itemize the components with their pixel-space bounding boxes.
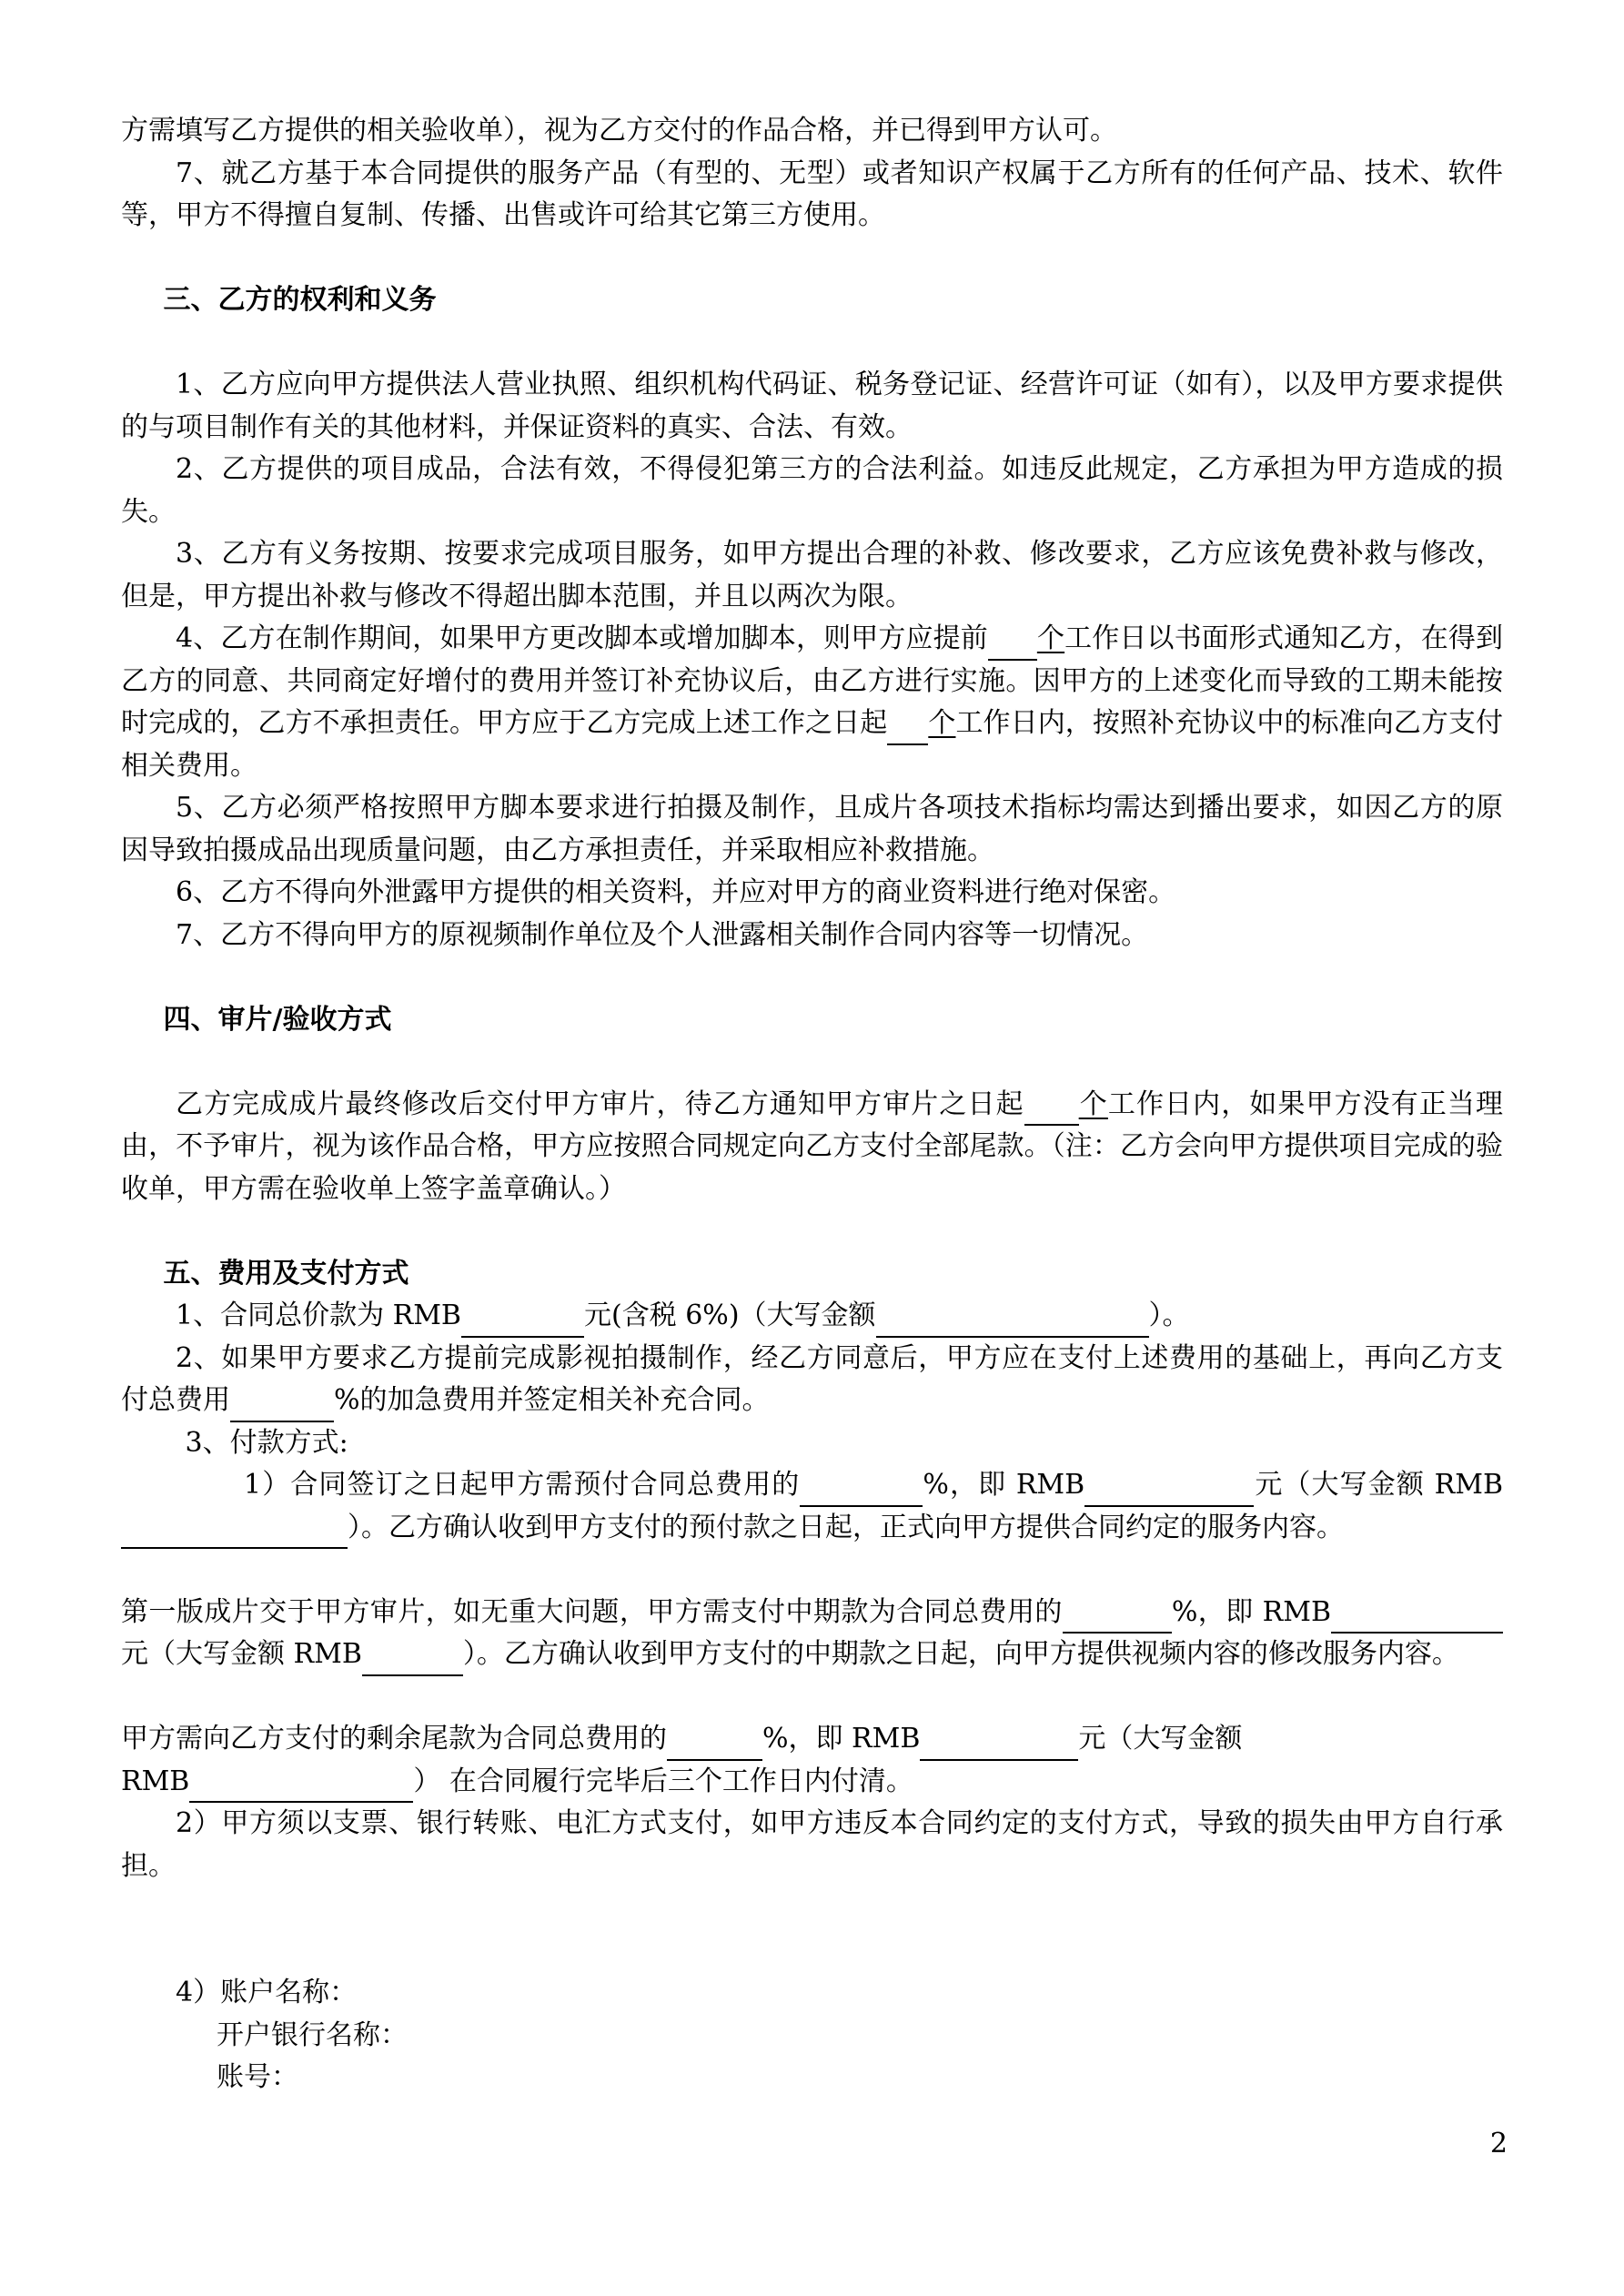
blank-line: [121, 1210, 1503, 1253]
text-run: 方需填写乙方提供的相关验收单），视为乙方交付的作品合格，并已得到甲方认可。: [121, 115, 1117, 147]
text-run: 5、乙方必须严格按照甲方脚本要求进行拍摄及制作，且成片各项技术指标均需达到播出要…: [121, 792, 1503, 866]
heading-section-5: 五、费用及支付方式: [121, 1253, 1503, 1296]
text-run: 元（大写金额 RMB: [121, 1638, 362, 1670]
text-run: 元（大写金额: [1078, 1723, 1242, 1755]
text-run: %的加急费用并签定相关补充合同。: [334, 1384, 770, 1416]
para-sec4-acceptance: 乙方完成成片最终修改后交付甲方审片，待乙方通知甲方审片之日起个工作日内，如果甲方…: [121, 1084, 1503, 1211]
document-body: 方需填写乙方提供的相关验收单），视为乙方交付的作品合格，并已得到甲方认可。7、就…: [121, 110, 1503, 2099]
para-sec5-item2-rush-fee: 2、如果甲方要求乙方提前完成影视拍摄制作，经乙方同意后，甲方应在支付上述费用的基…: [121, 1338, 1503, 1422]
text-run: 6、乙方不得向外泄露甲方提供的相关资料，并应对甲方的商业资料进行绝对保密。: [176, 876, 1175, 908]
text-run: %，即 RMB: [1172, 1596, 1331, 1628]
text-run: 乙方完成成片最终修改后交付甲方审片，待乙方通知甲方审片之日起: [176, 1088, 1024, 1120]
underlined-text: 个: [1079, 1088, 1108, 1120]
fill-in-blank: [189, 1774, 413, 1803]
text-run: 元(含税 6%)（大写金额: [584, 1300, 876, 1331]
fill-in-blank: [800, 1478, 923, 1507]
heading-section-4: 四、审片/验收方式: [121, 999, 1503, 1042]
para-sec5-account-name: 4）账户名称：: [121, 1972, 1503, 2015]
fill-in-blank: [920, 1732, 1078, 1761]
text-run: 开户银行名称：: [217, 2019, 408, 2051]
text-run: ）。乙方确认收到甲方支付的预付款之日起，正式向甲方提供合同约定的服务内容。: [348, 1512, 1344, 1543]
para-sec5-payment-channels: 2）甲方须以支票、银行转账、电汇方式支付，如甲方违反本合同约定的支付方式，导致的…: [121, 1803, 1503, 1887]
para-sec5-bank-name: 开户银行名称：: [121, 2015, 1503, 2058]
text-run: 4、乙方在制作期间，如果甲方更改脚本或增加脚本，则甲方应提前: [176, 622, 988, 654]
para-sec3-item3: 3、乙方有义务按期、按要求完成项目服务，如甲方提出合理的补救、修改要求，乙方应该…: [121, 533, 1503, 618]
text-run: 2、乙方提供的项目成品，合法有效，不得侵犯第三方的合法利益。如违反此规定，乙方承…: [121, 453, 1503, 528]
contract-document-page: 方需填写乙方提供的相关验收单），视为乙方交付的作品合格，并已得到甲方认可。7、就…: [0, 0, 1624, 2296]
fill-in-blank: [1063, 1604, 1172, 1633]
fill-in-blank: [1331, 1604, 1503, 1633]
text-run: 五、费用及支付方式: [164, 1258, 409, 1290]
fill-in-blank: [230, 1393, 334, 1422]
text-run: 第一版成片交于甲方审片，如无重大问题，甲方需支付中期款为合同总费用的: [121, 1596, 1063, 1628]
underlined-text: 个: [1037, 622, 1064, 654]
para-sec3-item7: 7、乙方不得向甲方的原视频制作单位及个人泄露相关制作合同内容等一切情况。: [121, 915, 1503, 957]
text-run: 3、付款方式:: [186, 1427, 348, 1459]
fill-in-blank: [121, 1520, 348, 1549]
blank-line: [121, 1676, 1503, 1719]
blank-line: [121, 1549, 1503, 1592]
text-run: 账号：: [217, 2061, 298, 2093]
blank-line: [121, 322, 1503, 365]
blank-line: [121, 1041, 1503, 1084]
text-run: 3、乙方有义务按期、按要求完成项目服务，如甲方提出合理的补救、修改要求，乙方应该…: [121, 538, 1503, 612]
fill-in-blank: [988, 632, 1037, 661]
text-run: 元（大写金额 RMB: [1254, 1469, 1503, 1501]
blank-line: [121, 1887, 1503, 1930]
fill-in-blank: [461, 1309, 584, 1338]
text-run: RMB: [121, 1765, 189, 1797]
para-sec3-item6: 6、乙方不得向外泄露甲方提供的相关资料，并应对甲方的商业资料进行绝对保密。: [121, 872, 1503, 915]
fill-in-blank: [362, 1647, 463, 1676]
text-run: ）。乙方确认收到甲方支付的中期款之日起，向甲方提供视频内容的修改服务内容。: [463, 1638, 1459, 1670]
para-sec3-item1: 1、乙方应向甲方提供法人营业执照、组织机构代码证、税务登记证、经营许可证（如有）…: [121, 364, 1503, 449]
para-sec3-item2: 2、乙方提供的项目成品，合法有效，不得侵犯第三方的合法利益。如违反此规定，乙方承…: [121, 449, 1503, 533]
text-run: 1、乙方应向甲方提供法人营业执照、组织机构代码证、税务登记证、经营许可证（如有）…: [121, 369, 1503, 443]
fill-in-blank: [667, 1732, 762, 1761]
fill-in-blank: [887, 716, 928, 745]
text-run: ） 在合同履行完毕后三个工作日内付清。: [413, 1765, 913, 1797]
para-sec5-midterm-payment: 第一版成片交于甲方审片，如无重大问题，甲方需支付中期款为合同总费用的%，即 RM…: [121, 1592, 1503, 1676]
fill-in-blank: [1084, 1478, 1254, 1507]
para-sec2-item7: 7、就乙方基于本合同提供的服务产品（有型的、无型）或者知识产权属于乙方所有的任何…: [121, 153, 1503, 238]
text-run: 4）账户名称：: [176, 1977, 357, 2008]
blank-line: [121, 238, 1503, 280]
text-run: 三、乙方的权利和义务: [164, 284, 437, 316]
text-run: ）。: [1149, 1300, 1190, 1331]
fill-in-blank: [876, 1309, 1149, 1338]
blank-line: [121, 1930, 1503, 1973]
text-run: 7、乙方不得向甲方的原视频制作单位及个人泄露相关制作合同内容等一切情况。: [176, 919, 1148, 951]
text-run: 2）甲方须以支票、银行转账、电汇方式支付，如甲方违反本合同约定的支付方式，导致的…: [121, 1807, 1503, 1882]
para-sec5-item3-payment-method: 3、付款方式:: [121, 1422, 1503, 1465]
text-run: 1）合同签订之日起甲方需预付合同总费用的: [244, 1469, 800, 1501]
heading-section-3: 三、乙方的权利和义务: [121, 279, 1503, 322]
fill-in-blank: [1024, 1097, 1079, 1126]
text-run: %，即 RMB: [762, 1723, 920, 1755]
para-sec3-item4: 4、乙方在制作期间，如果甲方更改脚本或增加脚本，则甲方应提前个工作日以书面形式通…: [121, 618, 1503, 787]
underlined-text: 个: [928, 707, 955, 739]
para-sec5-item1-total-price: 1、合同总价款为 RMB元(含税 6%)（大写金额）。: [121, 1295, 1503, 1338]
text-run: 四、审片/验收方式: [164, 1004, 392, 1036]
text-run: 甲方需向乙方支付的剩余尾款为合同总费用的: [121, 1723, 667, 1755]
para-sec5-account-number: 账号：: [121, 2057, 1503, 2099]
para-sec5-final-payment: 甲方需向乙方支付的剩余尾款为合同总费用的%，即 RMB元（大写金额RMB） 在合…: [121, 1718, 1503, 1803]
para-sec3-item5: 5、乙方必须严格按照甲方脚本要求进行拍摄及制作，且成片各项技术指标均需达到播出要…: [121, 787, 1503, 872]
para-carryover: 方需填写乙方提供的相关验收单），视为乙方交付的作品合格，并已得到甲方认可。: [121, 110, 1503, 153]
para-sec5-prepayment: 1）合同签订之日起甲方需预付合同总费用的%，即 RMB元（大写金额 RMB）。乙…: [121, 1464, 1503, 1549]
blank-line: [121, 956, 1503, 999]
page-number: 2: [1490, 2128, 1508, 2160]
text-run: %，即 RMB: [923, 1469, 1084, 1501]
text-run: 7、就乙方基于本合同提供的服务产品（有型的、无型）或者知识产权属于乙方所有的任何…: [121, 157, 1503, 232]
text-run: 1、合同总价款为 RMB: [176, 1300, 461, 1331]
